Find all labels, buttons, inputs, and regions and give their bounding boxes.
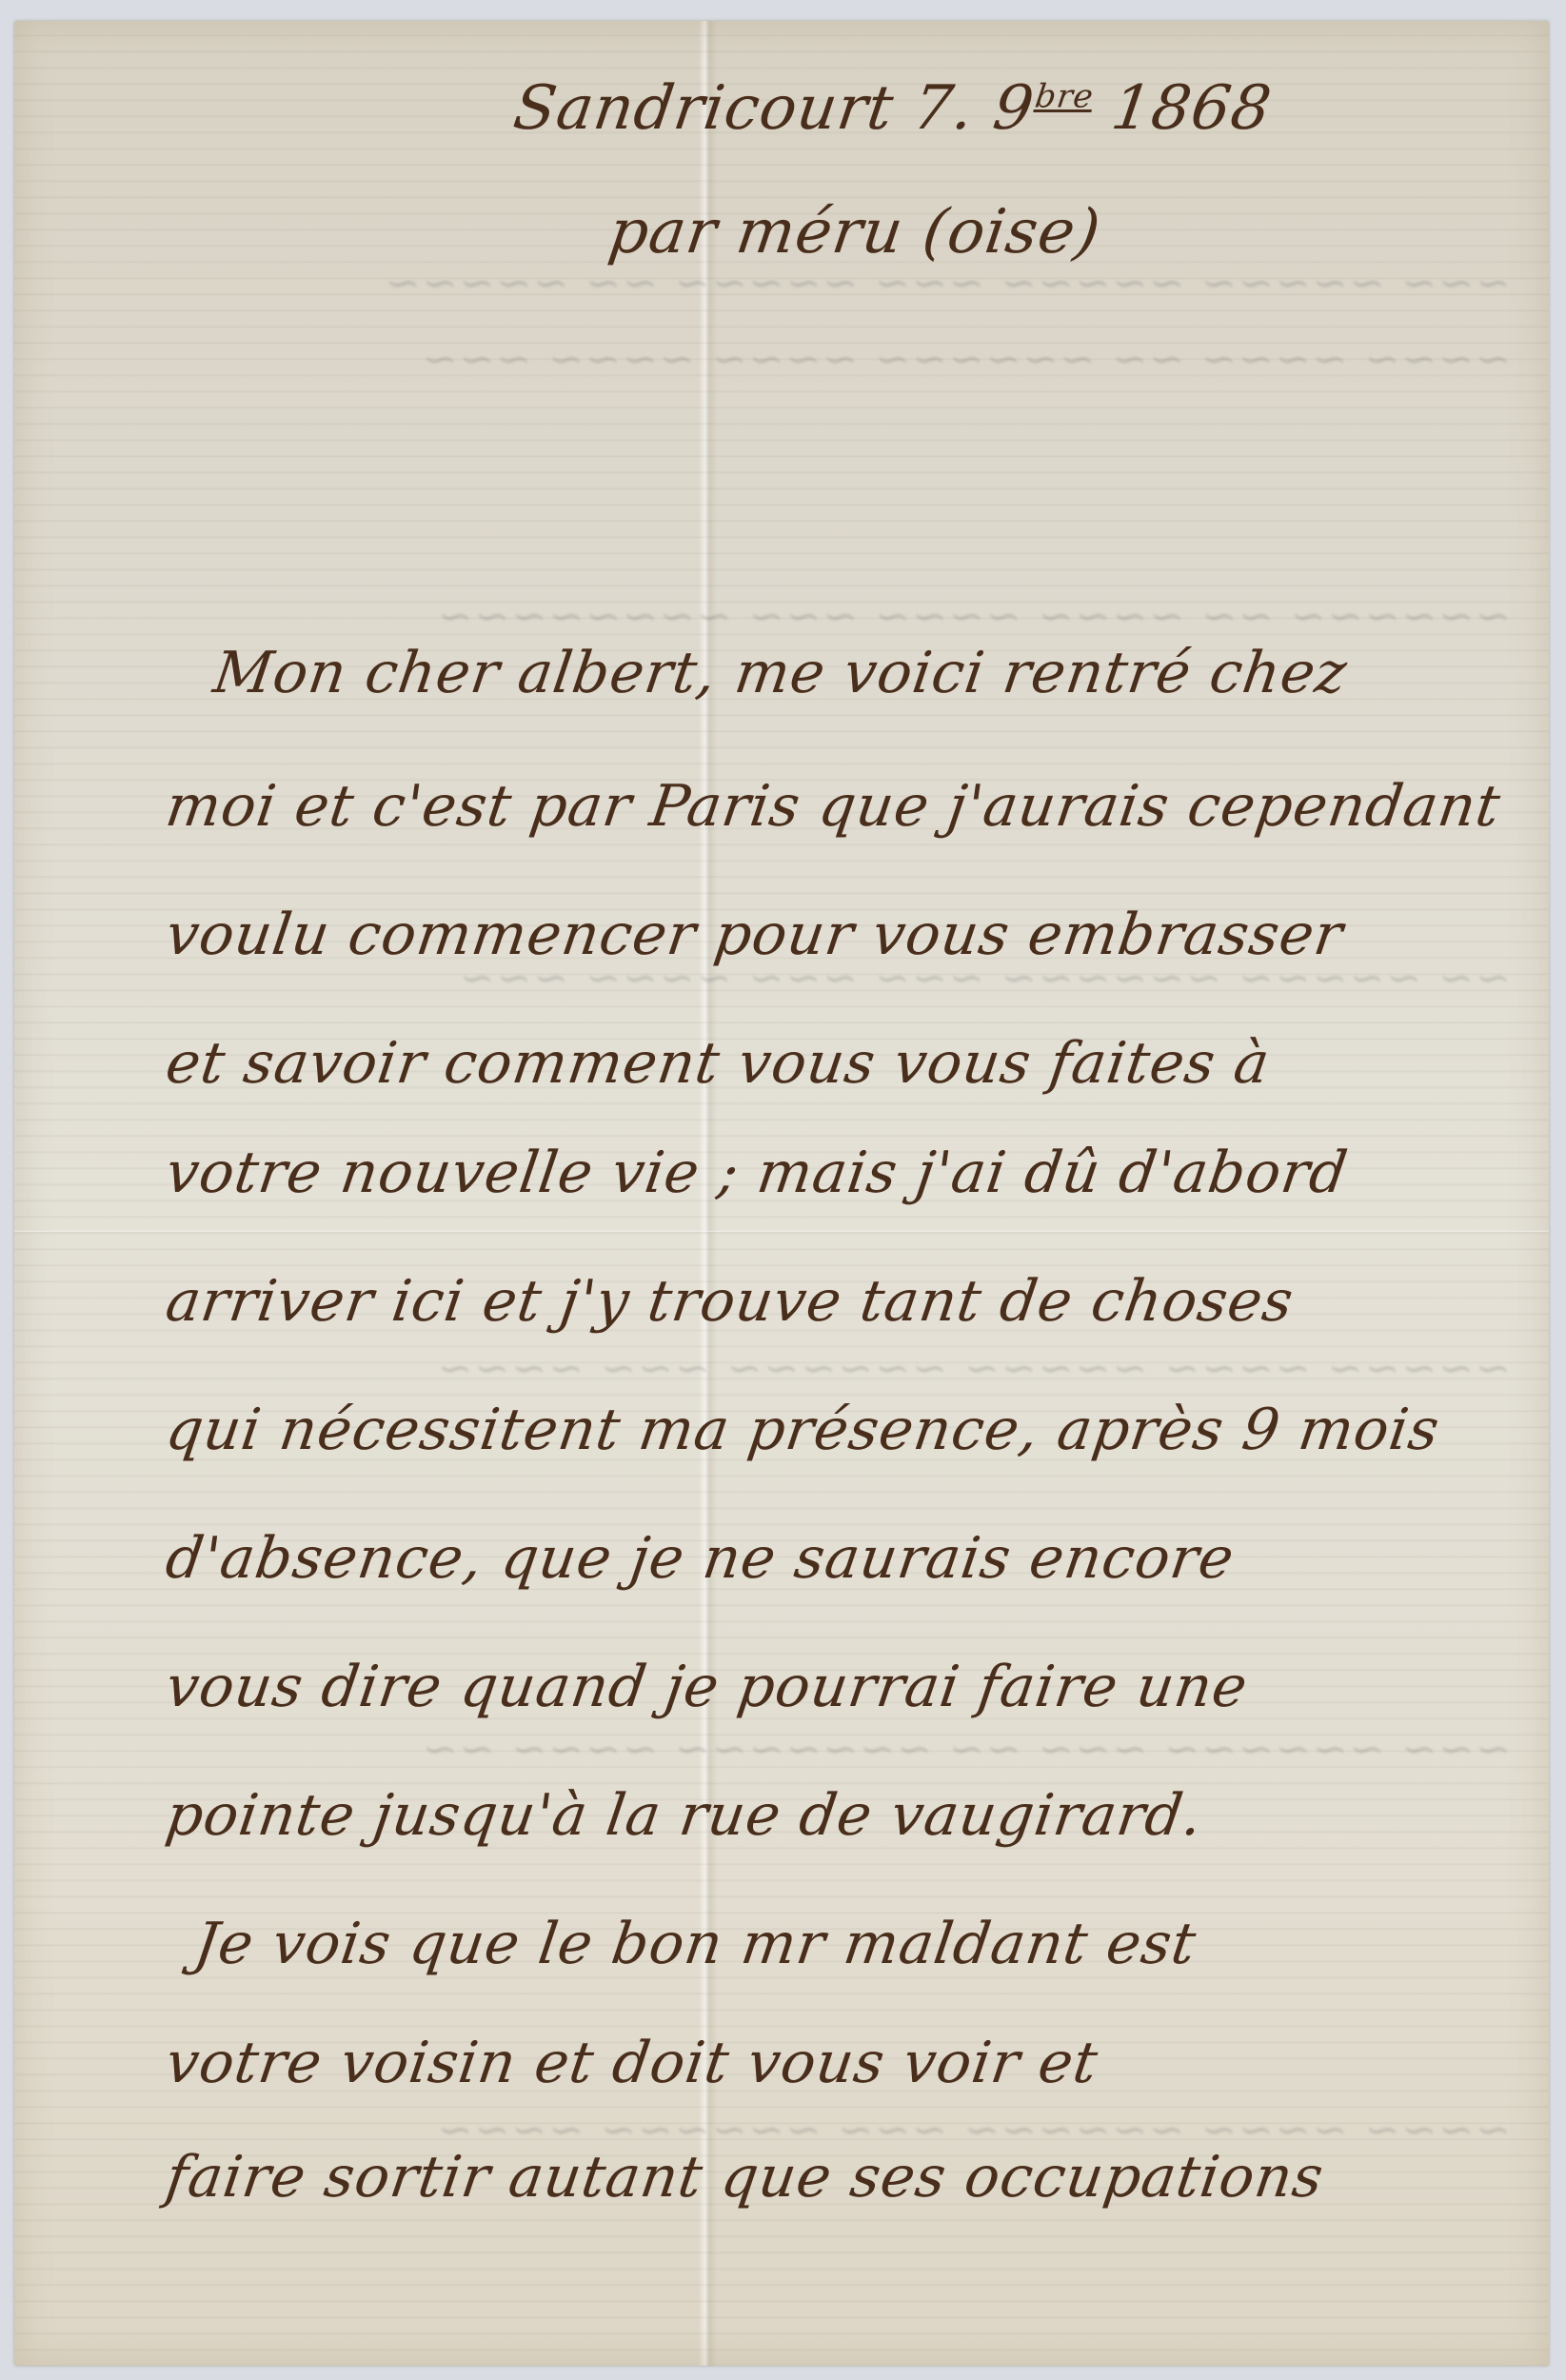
letter-line: qui nécessitent ma présence, après 9 moi…: [162, 1397, 1444, 1463]
letter-line: et savoir comment vous vous faites à: [162, 1030, 1274, 1097]
letter-line: arriver ici et j'y trouve tant de choses: [162, 1268, 1298, 1335]
letter-line: d'absence, que je ne saurais encore: [162, 1525, 1239, 1592]
show-through-text: ~~~~~ ~~~~ ~~~~~ ~~~~~~ ~~~ ~~~~: [81, 1344, 1511, 1393]
letter-line: pointe jusqu'à la rue de vaugirard.: [162, 1782, 1207, 1849]
letter-line: Je vois que le bon mr maldant est: [190, 1911, 1200, 1977]
letter-line: votre nouvelle vie ; mais j'ai dû d'abor…: [162, 1140, 1352, 1206]
letter-place-date: Sandricourt 7. 9bre 1868: [509, 73, 1276, 144]
year-text: 1868: [1107, 73, 1276, 144]
letter-line: Mon cher albert, me voici rentré chez: [209, 640, 1352, 706]
letter-line: faire sortir autant que ses occupations: [162, 2144, 1328, 2211]
letter-line: votre voisin et doit vous voir et: [162, 2030, 1102, 2096]
month-superscript: bre: [1033, 78, 1097, 116]
letter-line: vous dire quand je pourrai faire une: [162, 1654, 1252, 1720]
show-through-text: ~~~~~~ ~~ ~~~~ ~~~~ ~~~ ~~~~~~~~: [81, 592, 1511, 641]
letter-line: voulu commencer pour vous embrasser: [162, 902, 1347, 968]
show-through-text: ~~~ ~~~~~~ ~~~ ~~ ~~~~~~~ ~~~~ ~~: [81, 1725, 1511, 1774]
show-through-text: ~~~~ ~~~~ ~~ ~~~~~~ ~~~~ ~~~~ ~~~: [81, 335, 1511, 384]
letter-sheet: ~~~ ~~~~~ ~~~~~ ~~~ ~~~~~ ~~ ~~~~~ ~~~~ …: [14, 21, 1549, 2366]
letter-via-line: par méru (oise): [605, 197, 1105, 268]
place-date-text: Sandricourt 7. 9: [509, 73, 1039, 144]
letter-line: moi et c'est par Paris que j'aurais cepe…: [162, 773, 1505, 840]
fold-crease: [14, 1230, 1549, 1233]
